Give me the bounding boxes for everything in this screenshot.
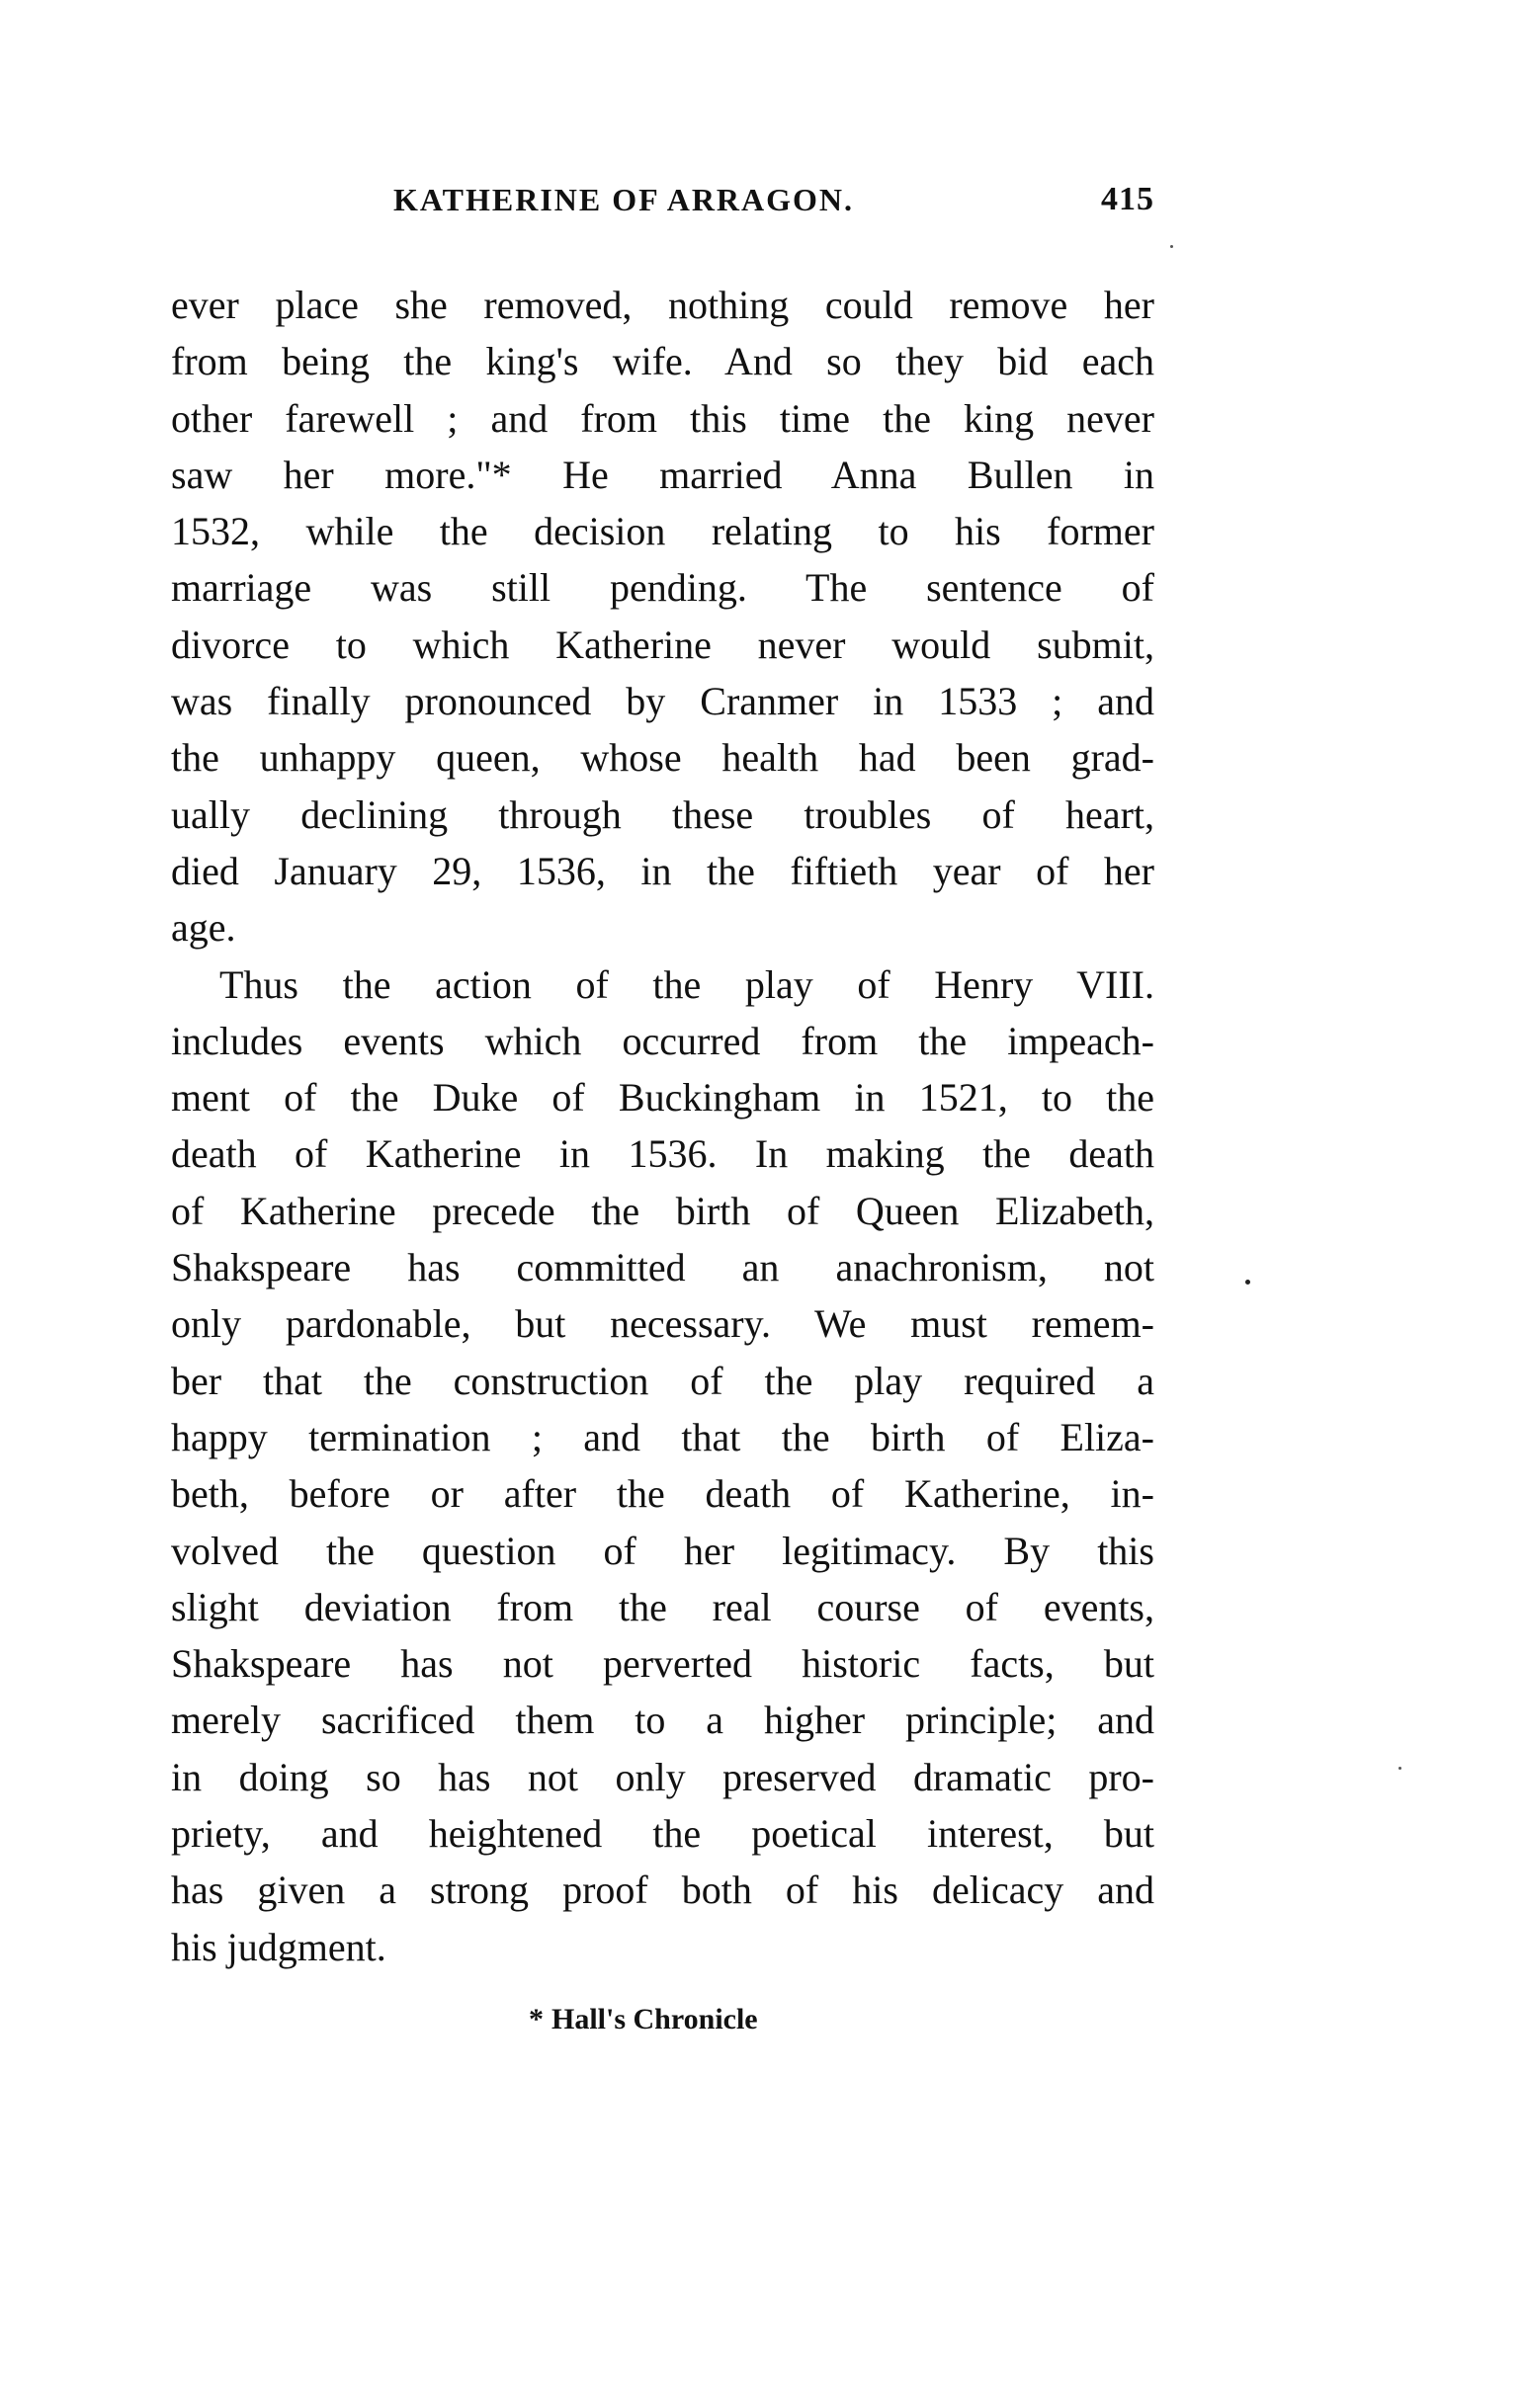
text-line: of Katherine precede the birth of Queen … — [171, 1183, 1154, 1239]
text-line: beth, before or after the death of Kathe… — [171, 1465, 1154, 1522]
paragraph: Thus the action of the play of Henry VII… — [171, 956, 1154, 1975]
text-line: priety, and heightened the poetical inte… — [171, 1805, 1154, 1862]
book-page: KATHERINE OF ARRAGON. 415 ever place she… — [0, 0, 1525, 2408]
text-line: death of Katherine in 1536. In making th… — [171, 1125, 1154, 1182]
text-line: merely sacrificed them to a higher princ… — [171, 1692, 1154, 1748]
footnote-asterisk: * — [529, 2003, 544, 2035]
footnote-text: Hall's Chronicle — [551, 2003, 758, 2035]
text-line: died January 29, 1536, in the fiftieth y… — [171, 843, 1154, 899]
text-line: ever place she removed, nothing could re… — [171, 277, 1154, 333]
text-line: ually declining through these troubles o… — [171, 787, 1154, 843]
text-line: from being the king's wife. And so they … — [171, 333, 1154, 389]
text-line: was finally pronounced by Cranmer in 153… — [171, 673, 1154, 729]
scan-speck — [1245, 1280, 1250, 1285]
text-line: slight deviation from the real course of… — [171, 1579, 1154, 1635]
text-line: marriage was still pending. The sentence… — [171, 559, 1154, 616]
scan-speck — [1398, 1767, 1401, 1770]
text-line: divorce to which Katherine never would s… — [171, 617, 1154, 673]
text-line: Thus the action of the play of Henry VII… — [171, 956, 1154, 1013]
text-line: Shakspeare has not perverted historic fa… — [171, 1635, 1154, 1692]
text-line: ber that the construction of the play re… — [171, 1353, 1154, 1409]
text-line: 1532, while the decision relating to his… — [171, 503, 1154, 559]
footnote: *Hall's Chronicle — [529, 2000, 758, 2039]
scan-speck — [1170, 245, 1173, 248]
text-line: in doing so has not only preserved drama… — [171, 1749, 1154, 1805]
text-line: Shakspeare has committed an anachronism,… — [171, 1239, 1154, 1295]
body-text: ever place she removed, nothing could re… — [171, 277, 1154, 1975]
running-head: KATHERINE OF ARRAGON. 415 — [393, 178, 1154, 221]
text-line: happy termination ; and that the birth o… — [171, 1409, 1154, 1465]
text-line: age. — [171, 899, 1154, 955]
running-head-title: KATHERINE OF ARRAGON. — [393, 178, 854, 221]
text-line: has given a strong proof both of his del… — [171, 1862, 1154, 1918]
text-line: volved the question of her legitimacy. B… — [171, 1523, 1154, 1579]
text-line: ment of the Duke of Buckingham in 1521, … — [171, 1069, 1154, 1125]
text-line: includes events which occurred from the … — [171, 1013, 1154, 1069]
text-line: the unhappy queen, whose health had been… — [171, 729, 1154, 786]
text-line: saw her more."* He married Anna Bullen i… — [171, 447, 1154, 503]
text-line: only pardonable, but necessary. We must … — [171, 1295, 1154, 1352]
paragraph-continued: ever place she removed, nothing could re… — [171, 277, 1154, 956]
text-line: other farewell ; and from this time the … — [171, 390, 1154, 447]
text-line: his judgment. — [171, 1919, 1154, 1975]
page-number: 415 — [1101, 178, 1154, 221]
